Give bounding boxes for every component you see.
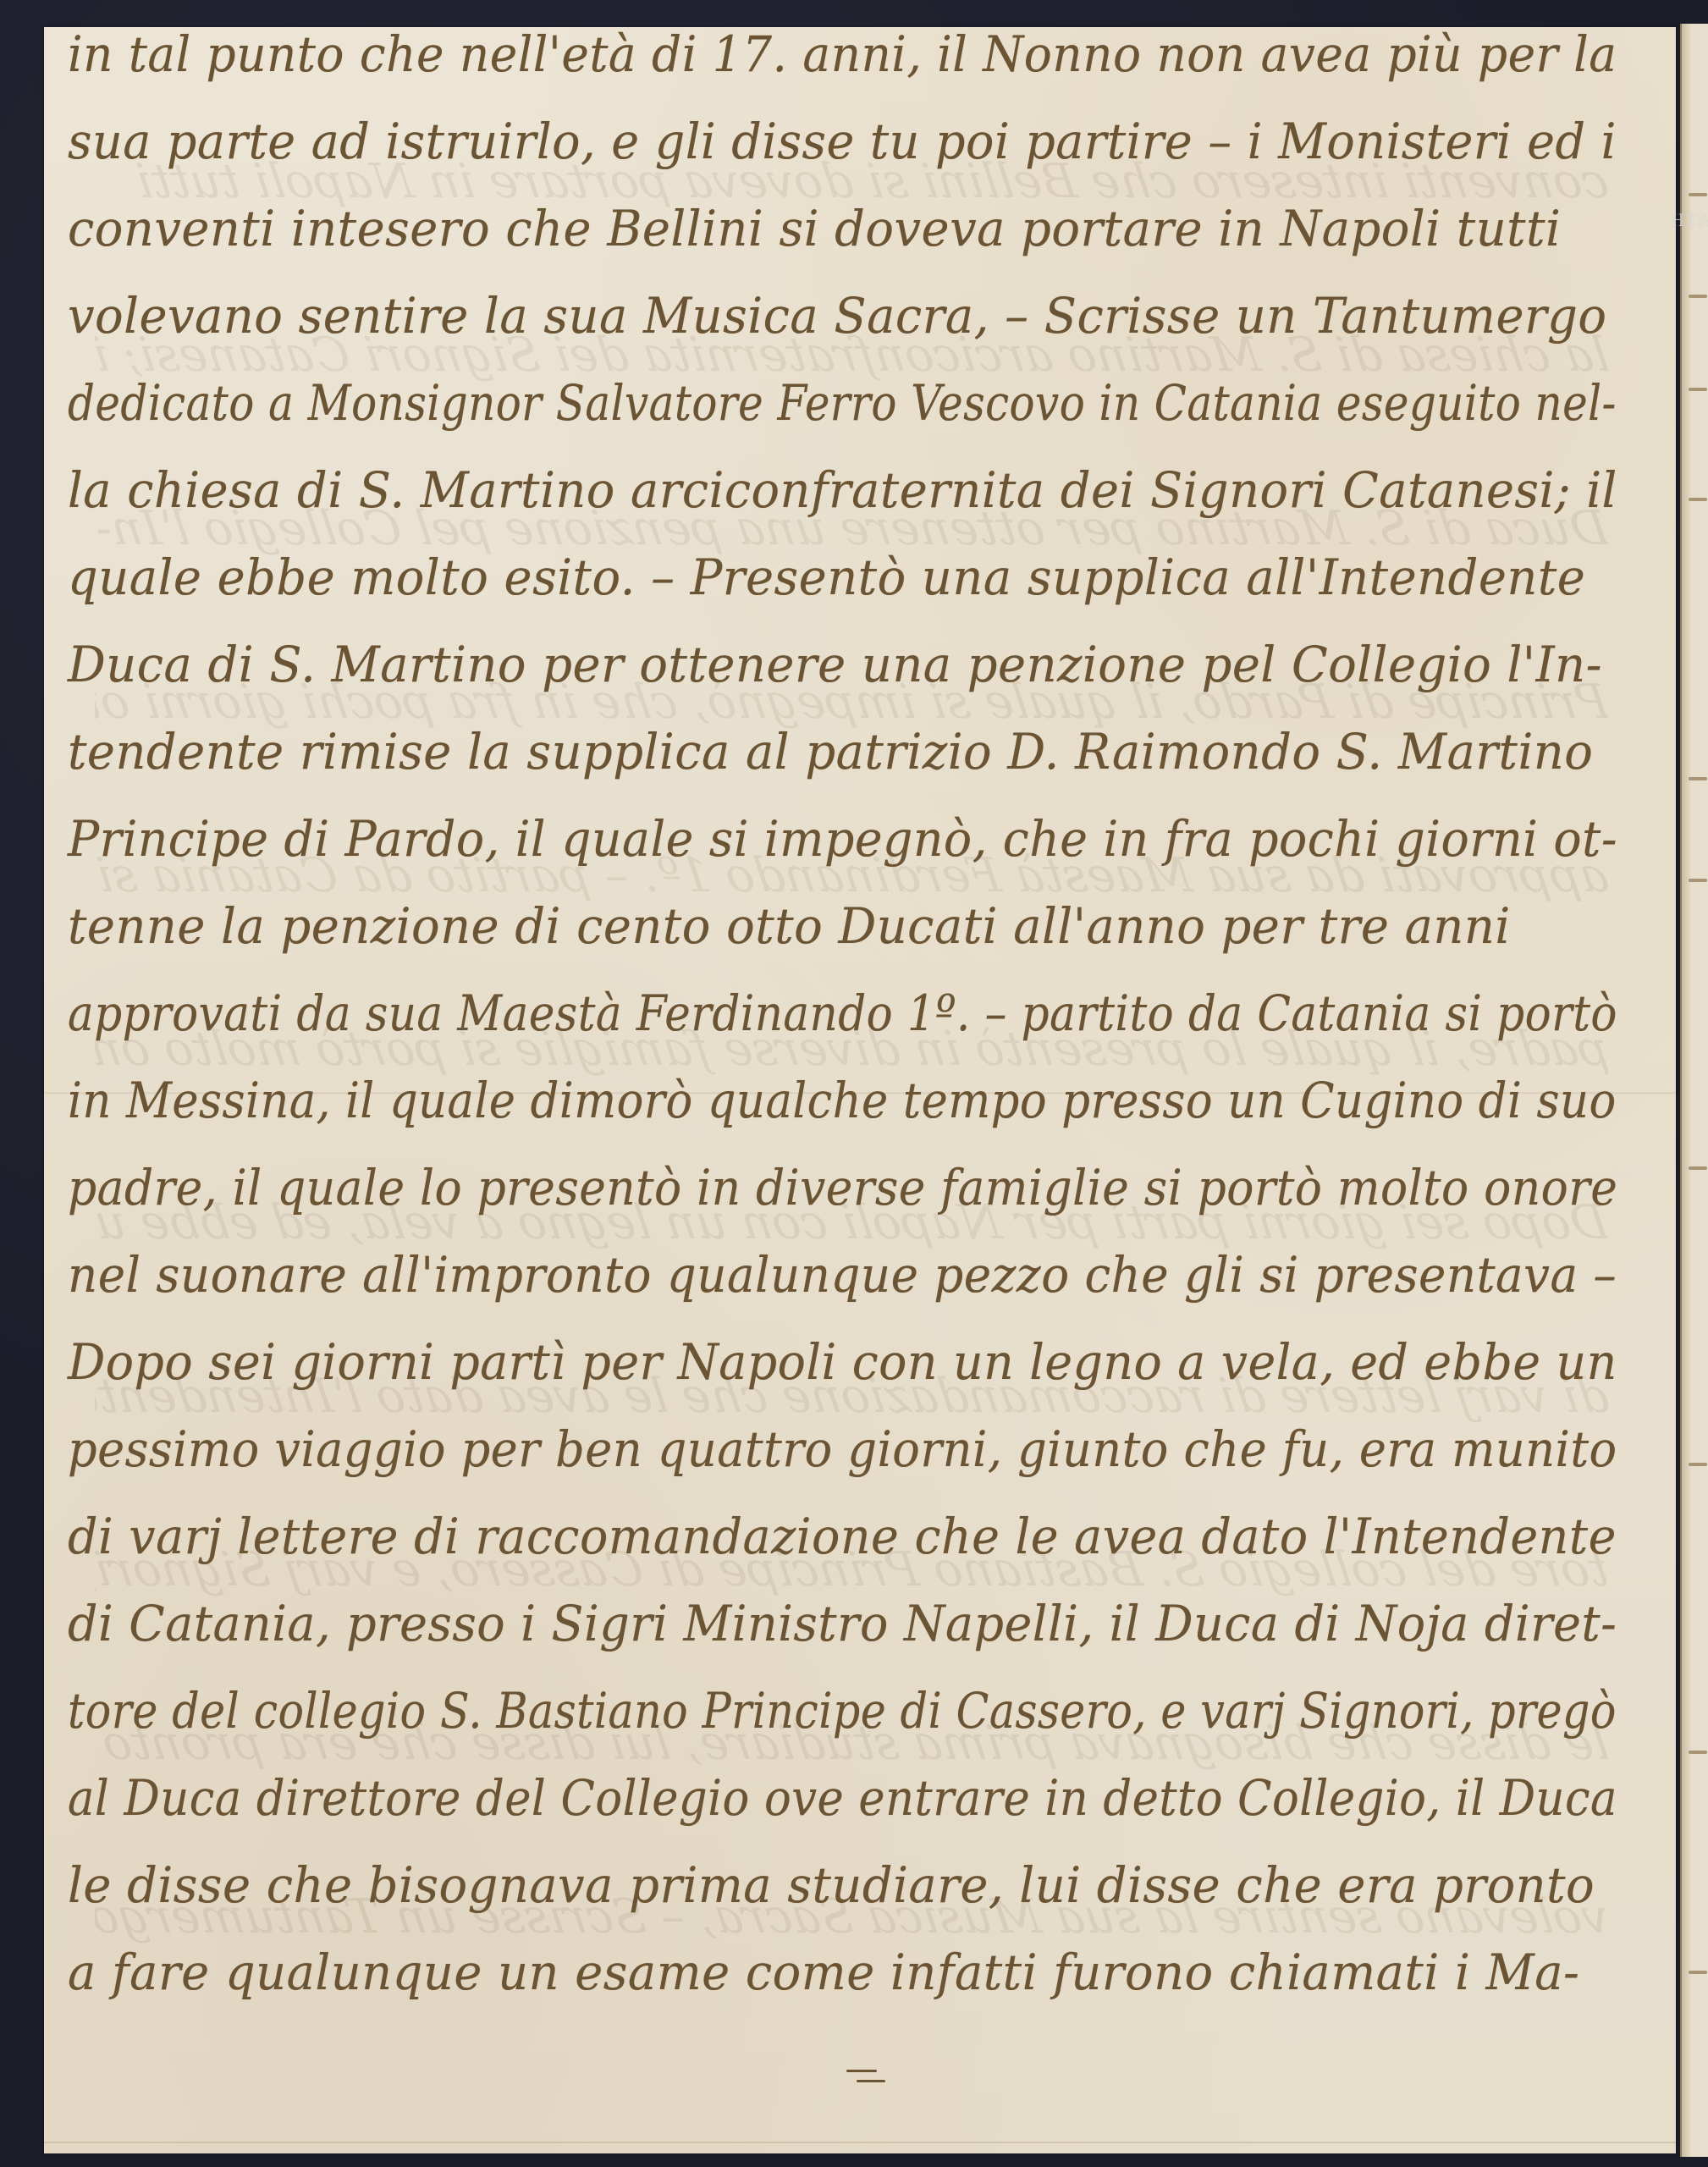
text-line-6: la chiesa di S. Martino arciconfraternit… (68, 461, 1613, 519)
text-line-1: in tal punto che nell'età di 17. anni, i… (68, 25, 1590, 83)
text-line-12: approvati da sua Maestà Ferdinando 1º. –… (68, 984, 1497, 1042)
text-line-8: Duca di S. Martino per ottenere una penz… (68, 636, 1617, 693)
manuscript-text: in tal punto che nell'età di 17. anni, i… (0, 0, 1708, 2167)
text-line-11: tenne la penzione di cento otto Ducati a… (68, 897, 1617, 955)
text-line-21: al Duca direttore del Collegio ove entra… (68, 1769, 1531, 1827)
text-line-16: Dopo sei giorni partì per Napoli con un … (68, 1333, 1601, 1391)
text-line-10: Principe di Pardo, il quale si impegnò, … (68, 810, 1601, 868)
text-line-9: tendente rimise la supplica al patrizio … (68, 723, 1617, 780)
text-line-3: conventi intesero che Bellini si doveva … (68, 200, 1617, 257)
text-line-7: quale ebbe molto esito. – Presentò una s… (68, 549, 1617, 606)
text-line-4: volevano sentire la sua Musica Sacra, – … (68, 287, 1617, 345)
text-line-22: le disse che bisognava prima studiare, l… (68, 1856, 1617, 1914)
text-line-5: dedicato a Monsignor Salvatore Ferro Ves… (68, 374, 1452, 432)
text-line-20: tore del collegio S. Bastiano Principe d… (68, 1682, 1472, 1740)
text-line-2: sua parte ad istruirlo, e gli disse tu p… (68, 113, 1606, 170)
text-line-19: di Catania, presso i Sigri Ministro Nape… (68, 1595, 1605, 1652)
catchword-mark (846, 2070, 877, 2082)
text-line-13: in Messina, il quale dimorò qualche temp… (68, 1072, 1529, 1129)
text-line-18: di varj lettere di raccomandazione che l… (68, 1508, 1605, 1565)
text-line-23: a fare qualunque un esame come infatti f… (68, 1944, 1617, 2001)
text-line-15: nel suonare all'impronto qualunque pezzo… (68, 1246, 1584, 1304)
text-line-14: padre, il quale lo presentò in diverse f… (68, 1159, 1549, 1216)
text-line-17: pessimo viaggio per ben quattro giorni, … (68, 1420, 1568, 1478)
